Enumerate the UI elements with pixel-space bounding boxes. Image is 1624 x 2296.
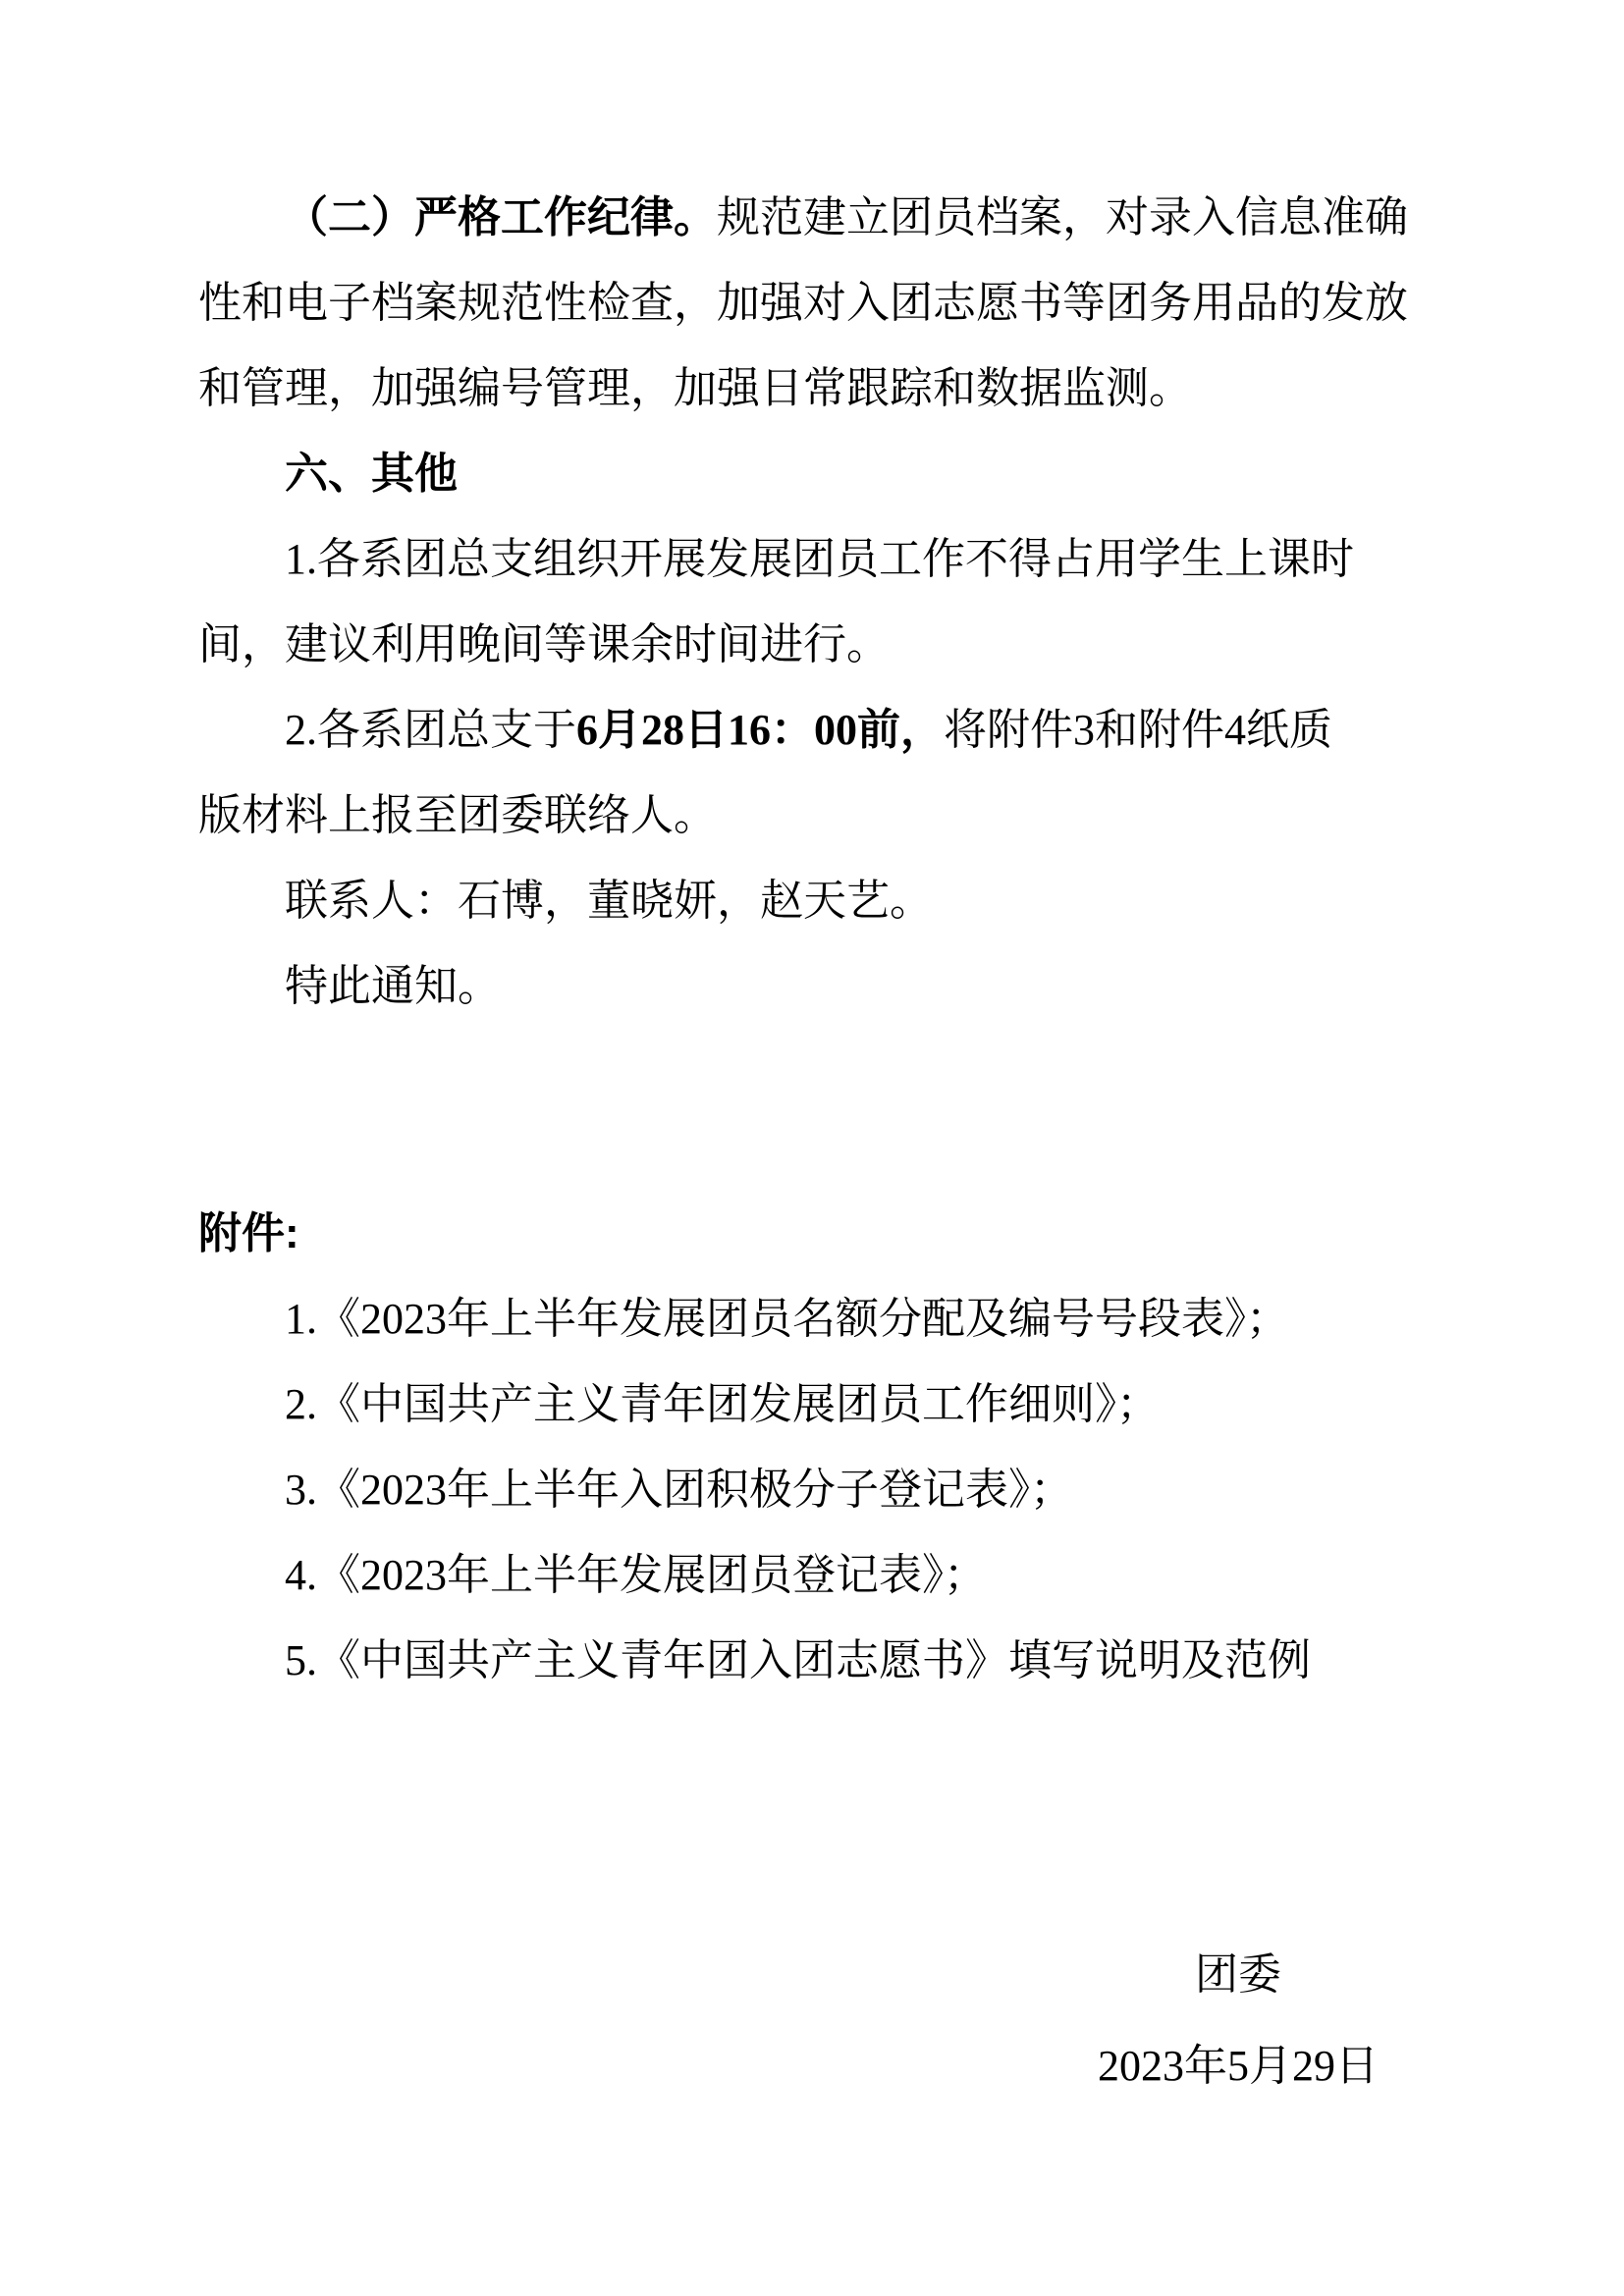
attachment-item-5: 5.《中国共产主义青年团入团志愿书》填写说明及范例 <box>198 1618 1411 1703</box>
paragraph-deadline: 2.各系团总支于6月28日16：00前，将附件3和附件4纸质 版材料上报至团委联… <box>198 687 1411 858</box>
signature-org: 团委 <box>1065 1929 1411 2020</box>
attachment-item-3: 3.《2023年上半年入团积极分子登记表》； <box>198 1447 1411 1532</box>
signature-block: 团委 2023年5月29日 <box>1065 1929 1411 2111</box>
paragraph-deadline-bold-date: 6月28日16：00前， <box>576 706 944 754</box>
paragraph-closing-notice: 特此通知。 <box>198 943 1411 1029</box>
document-page: （二）严格工作纪律。规范建立团员档案，对录入信息准确 性和电子档案规范性检查，加… <box>0 0 1624 2296</box>
attachment-item-1: 1.《2023年上半年发展团员名额分配及编号号段表》； <box>198 1276 1411 1362</box>
paragraph-work-discipline-lead: （二）严格工作纪律。 <box>285 193 717 241</box>
paragraph-work-discipline: （二）严格工作纪律。规范建立团员档案，对录入信息准确 性和电子档案规范性检查，加… <box>198 175 1411 431</box>
attachments-section: 附件: 1.《2023年上半年发展团员名额分配及编号号段表》； 2.《中国共产主… <box>198 1191 1411 1703</box>
paragraph-contacts: 联系人：石博，董晓妍，赵天艺。 <box>198 858 1411 943</box>
attachments-label: 附件: <box>198 1191 1411 1276</box>
paragraph-class-time: 1.各系团总支组织开展发展团员工作不得占用学生上课时 间，建议利用晚间等课余时间… <box>198 516 1411 687</box>
signature-date: 2023年5月29日 <box>1065 2020 1411 2111</box>
attachment-item-4: 4.《2023年上半年发展团员登记表》； <box>198 1532 1411 1618</box>
attachment-item-2: 2.《中国共产主义青年团发展团员工作细则》； <box>198 1362 1411 1447</box>
section-heading-others: 六、其他 <box>198 431 1411 516</box>
paragraph-deadline-pre: 2.各系团总支于 <box>285 706 576 754</box>
